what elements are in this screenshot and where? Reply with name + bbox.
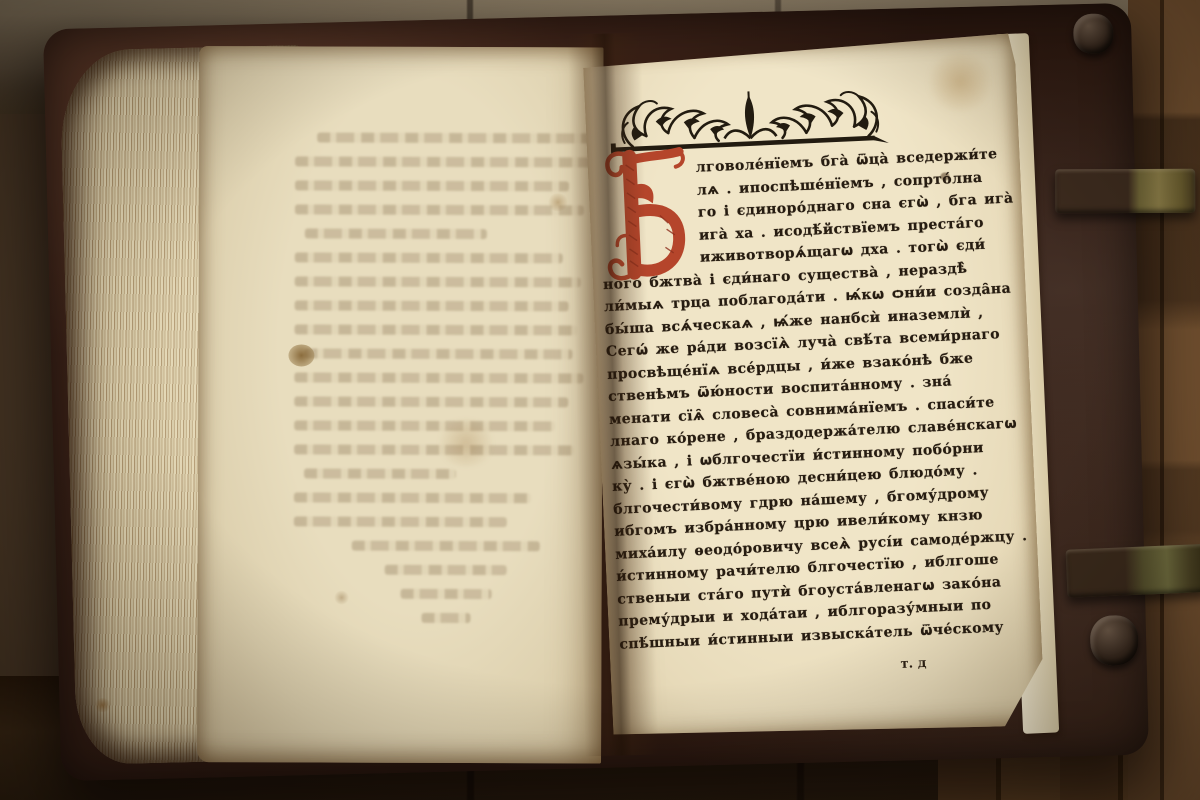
stain-spot [93,698,111,712]
show-through-line [295,252,563,263]
show-through-line [294,372,583,383]
show-through-line [295,300,569,311]
show-through-line [294,516,507,527]
show-through-line [294,492,531,503]
show-through-line [304,468,456,479]
stain-spot [288,344,314,366]
left-page [197,46,603,763]
stain-spot [921,50,1000,113]
clasp-strap-upper [1055,169,1195,213]
show-through-line [294,420,555,431]
show-through-line [304,348,572,359]
catchword: т. д [900,656,926,672]
show-through-line [295,276,581,287]
stain-spot [547,193,569,211]
clasp-strap-lower [1066,544,1200,598]
metal-boss-top-right [1073,13,1114,54]
stain-spot [434,419,498,467]
book: лговоле́нїемъ бга̀ ѿца̀ вседержи́телѧ . … [43,3,1149,781]
show-through-line [317,132,597,143]
stain-spot [334,591,350,605]
right-page: лговоле́нїемъ бга̀ ѿца̀ вседержи́телѧ . … [583,33,1046,744]
show-through-line [352,541,540,552]
show-through-line [295,156,590,167]
show-through-line [305,228,487,239]
show-through-line [401,589,492,599]
text-block: лговоле́нїемъ бга̀ ѿца̀ вседержи́телѧ . … [598,145,1036,658]
show-through-line [294,396,568,407]
show-through-line [295,204,584,215]
photo-stage: лговоле́нїемъ бга̀ ѿца̀ вседержи́телѧ . … [0,0,1200,800]
metal-boss-bottom-right [1090,615,1139,666]
show-through-line [294,324,577,335]
show-through-line [295,180,569,191]
show-through-line [421,613,470,623]
show-through-line [385,565,507,575]
